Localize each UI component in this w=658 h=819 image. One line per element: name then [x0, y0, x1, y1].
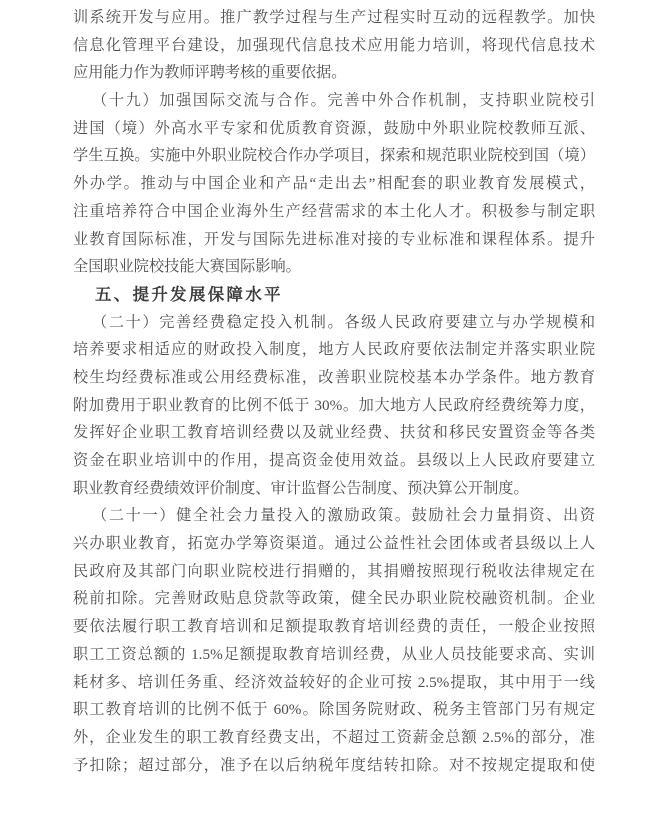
text-line: 训系统开发与应用。推广教学过程与生产过程实时互动的远程教学。加快 [73, 4, 595, 32]
document-text: 训系统开发与应用。推广教学过程与生产过程实时互动的远程教学。加快信息化管理平台建… [73, 4, 595, 779]
text-line: 附加费用于职业教育的比例不低于 30%。加大地方人民政府经费统筹力度， [73, 392, 595, 420]
text-line: 进国（境）外高水平专家和优质教育资源，鼓励中外职业院校教师互派、 [73, 115, 595, 143]
text-line: 职工教育培训的比例不低于 60%。除国务院财政、税务主管部门另有规定 [73, 696, 595, 724]
text-line: 资金在职业培训中的作用，提高资金使用效益。县级以上人民政府要建立 [73, 447, 595, 475]
text-line: 职工工资总额的 1.5%足额提取教育培训经费，从业人员技能要求高、实训 [73, 641, 595, 669]
text-line: 学生互换。实施中外职业院校合作办学项目，探索和规范职业院校到国（境） [73, 142, 595, 170]
section-heading: 五、提升发展保障水平 [73, 281, 595, 309]
text-line: 注重培养符合中国企业海外生产经营需求的本土化人才。积极参与制定职 [73, 198, 595, 226]
text-line: 民政府及其部门向职业院校进行捐赠的，其捐赠按照现行税收法律规定在 [73, 558, 595, 586]
text-line: 信息化管理平台建设，加强现代信息技术应用能力培训，将现代信息技术 [73, 32, 595, 60]
text-line: 业教育国际标准，开发与国际先进标准对接的专业标准和课程体系。提升 [73, 226, 595, 254]
text-line: 外，企业发生的职工教育经费支出，不超过工资薪金总额 2.5%的部分，准 [73, 724, 595, 752]
text-line: （二十）完善经费稳定投入机制。各级人民政府要建立与办学规模和 [73, 309, 595, 337]
text-line: 职业教育经费绩效评价制度、审计监督公告制度、预决算公开制度。 [73, 475, 595, 503]
text-line: 耗材多、培训任务重、经济效益较好的企业可按 2.5%提取，其中用于一线 [73, 669, 595, 697]
text-line: 培养要求相适应的财政投入制度，地方人民政府要依法制定并落实职业院 [73, 336, 595, 364]
text-line: 发挥好企业职工教育培训经费以及就业经费、扶贫和移民安置资金等各类 [73, 419, 595, 447]
text-line: 外办学。推动与中国企业和产品“走出去”相配套的职业教育发展模式， [73, 170, 595, 198]
text-line: 应用能力作为教师评聘考核的重要依据。 [73, 59, 595, 87]
text-line: （二十一）健全社会力量投入的激励政策。鼓励社会力量捐资、出资 [73, 502, 595, 530]
text-line: 全国职业院校技能大赛国际影响。 [73, 253, 595, 281]
text-line: （十九）加强国际交流与合作。完善中外合作机制，支持职业院校引 [73, 87, 595, 115]
text-line: 兴办职业教育，拓宽办学筹资渠道。通过公益性社会团体或者县级以上人 [73, 530, 595, 558]
text-line: 校生均经费标准或公用经费标准，改善职业院校基本办学条件。地方教育 [73, 364, 595, 392]
text-line: 要依法履行职工教育培训和足额提取教育培训经费的责任，一般企业按照 [73, 613, 595, 641]
text-line: 税前扣除。完善财政贴息贷款等政策，健全民办职业院校融资机制。企业 [73, 585, 595, 613]
document-page: 训系统开发与应用。推广教学过程与生产过程实时互动的远程教学。加快信息化管理平台建… [0, 0, 658, 819]
text-line: 予扣除；超过部分，准予在以后纳税年度结转扣除。对不按规定提取和使 [73, 752, 595, 780]
